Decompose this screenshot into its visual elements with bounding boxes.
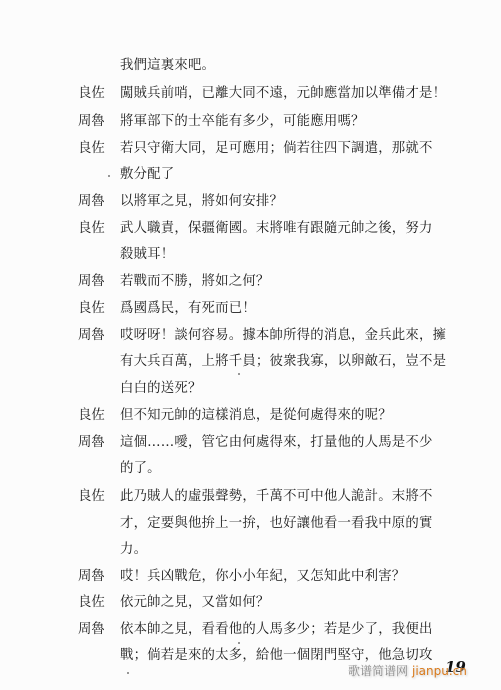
dialogue-text: 以將軍之見，將如何安排？ bbox=[120, 190, 283, 214]
dialogue-text: 將軍部下的士卒能有多少，可能應用嗎？ bbox=[120, 110, 365, 134]
scan-speck bbox=[127, 672, 129, 674]
dialogue-text: 這個……噯，管它由何處得來，打量他的人馬是不少 bbox=[120, 431, 433, 455]
watermark-site-name: 歌谱简谱网 bbox=[348, 664, 408, 678]
dialogue-text: 爲國爲民，有死而已！ bbox=[120, 297, 256, 321]
speaker-name: 周魯 bbox=[78, 270, 114, 294]
dialogue-text: 哎呀呀！談何容易。據本帥所得的消息，金兵此來，擁 bbox=[120, 324, 446, 348]
watermark-domain: jianpu.cn bbox=[412, 664, 467, 678]
dialogue-text: 我們這裏來吧。 bbox=[120, 54, 215, 78]
speaker-name: 周魯 bbox=[78, 324, 114, 348]
dialogue-text: 但不知元帥的這樣消息，是從何處得來的呢？ bbox=[120, 404, 392, 428]
dialogue-text: 的了。 bbox=[120, 457, 161, 481]
dialogue-text: 闖賊兵前哨，已離大同不遠，元帥應當加以準備才是！ bbox=[120, 82, 446, 106]
speaker-name: 良佐 bbox=[78, 404, 114, 428]
dialogue-text: 力。 bbox=[120, 538, 147, 562]
scanned-script-page: 我們這裏來吧。 良佐 闖賊兵前哨，已離大同不遠，元帥應當加以準備才是！ 周魯 將… bbox=[0, 0, 501, 690]
dialogue-text: 哎！兵凶戰危，你小小年紀，又怎知此中利害？ bbox=[120, 565, 405, 589]
speaker-name: 周魯 bbox=[78, 190, 114, 214]
speaker-name: 良佐 bbox=[78, 485, 114, 509]
dialogue-text: 此乃賊人的虛張聲勢，千萬不可中他人詭計。末將不 bbox=[120, 485, 433, 509]
speaker-name: 周魯 bbox=[78, 110, 114, 134]
scan-speck bbox=[128, 62, 130, 64]
speaker-name: 良佐 bbox=[78, 591, 114, 615]
speaker-name: 周魯 bbox=[78, 431, 114, 455]
dialogue-text: 若戰而不勝，將如之何？ bbox=[120, 270, 270, 294]
speaker-name: 良佐 bbox=[78, 217, 114, 241]
scan-speck bbox=[238, 373, 240, 375]
dialogue-text: 殺賊耳！ bbox=[120, 243, 174, 267]
watermark: 歌谱简谱网jianpu.cn bbox=[348, 662, 467, 679]
speaker-name: 周魯 bbox=[78, 618, 114, 642]
speaker-name: 良佐 bbox=[78, 82, 114, 106]
dialogue-text: 依本帥之見，看看他的人馬多少；若是少了，我便出 bbox=[120, 618, 433, 642]
dialogue-text: 有大兵百萬，上將千員；彼衆我寡，以卵敵石，豈不是 bbox=[120, 350, 446, 374]
dialogue-text: 依元帥之見，又當如何？ bbox=[120, 591, 270, 615]
speaker-name: 良佐 bbox=[78, 137, 114, 161]
scan-speck bbox=[238, 642, 240, 644]
dialogue-text: 若只守衛大同，足可應用；倘若往四下調遣，那就不 bbox=[120, 137, 433, 161]
dialogue-text: 敷分配了 bbox=[120, 163, 174, 187]
dialogue-text: 才，定要與他拚上一拚，也好讓他看一看我中原的實 bbox=[120, 512, 433, 536]
speaker-name: 良佐 bbox=[78, 297, 114, 321]
dialogue-text: 武人職責，保疆衛國。末將唯有跟隨元帥之後，努力 bbox=[120, 217, 433, 241]
scan-speck bbox=[108, 175, 110, 177]
dialogue-text: 白白的送死？ bbox=[120, 377, 202, 401]
speaker-name: 周魯 bbox=[78, 565, 114, 589]
